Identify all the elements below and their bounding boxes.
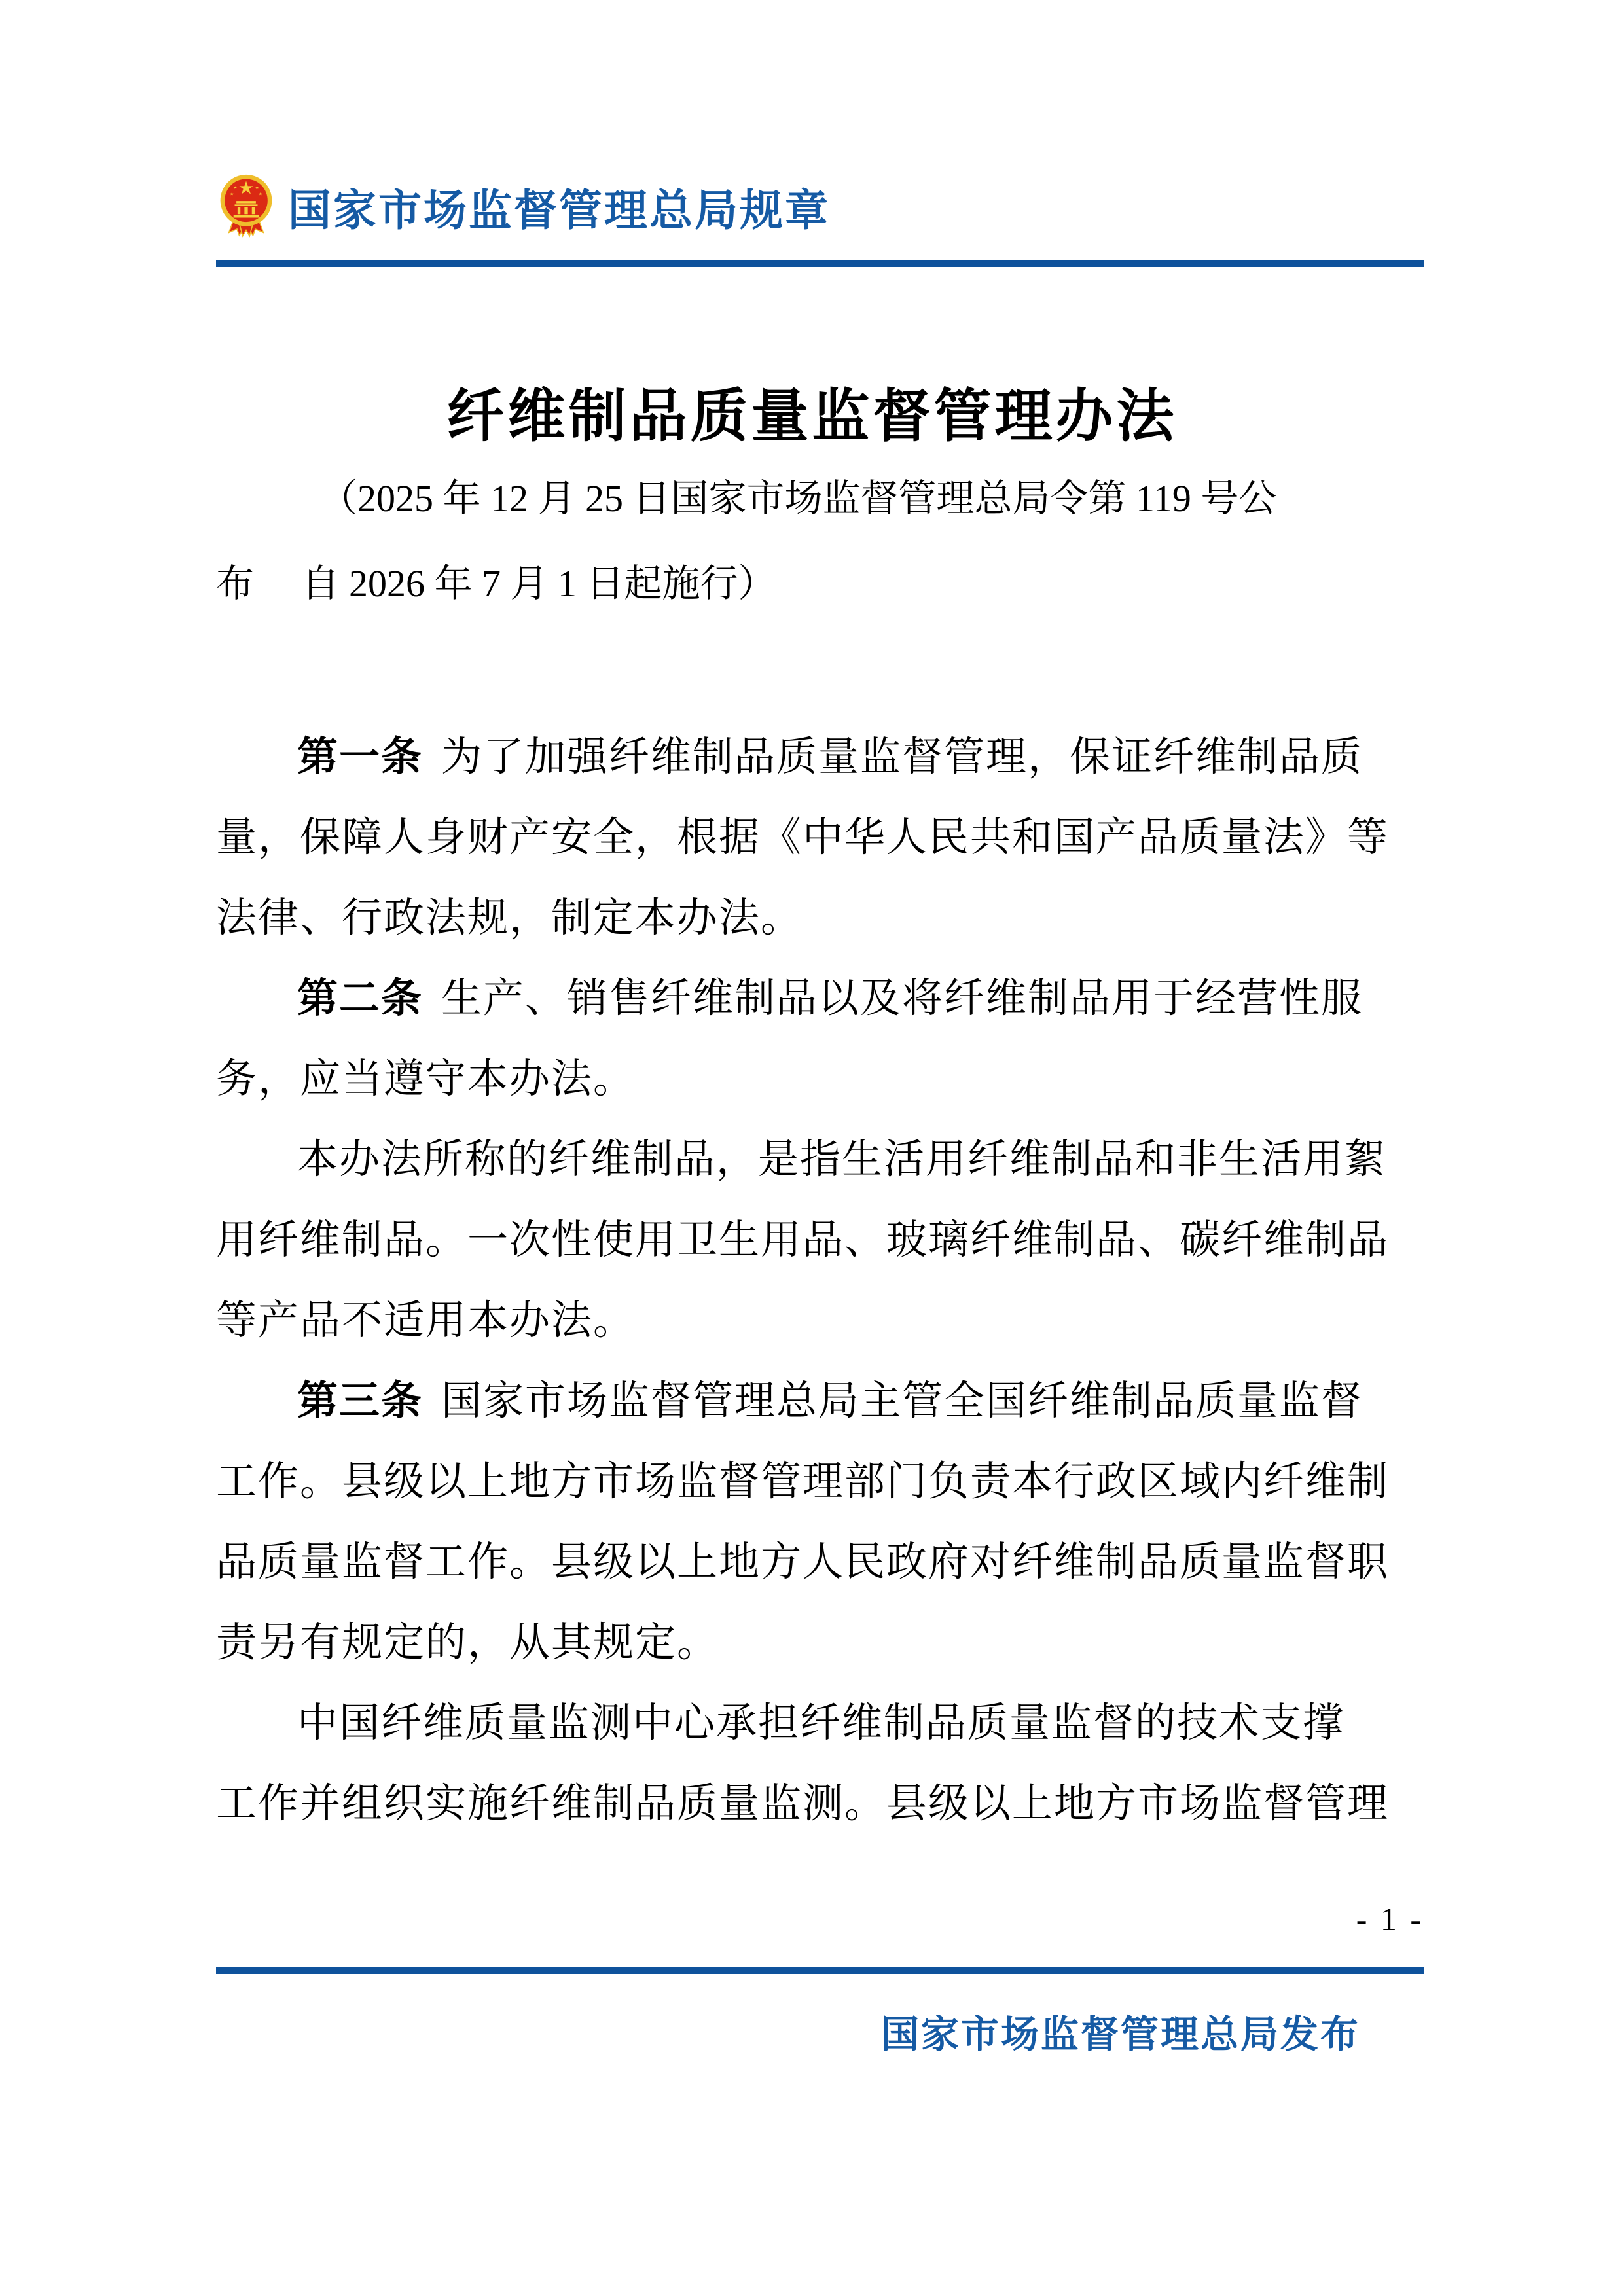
page-header: 国家市场监督管理总局规章 — [217, 174, 830, 238]
article-number: 第二条 — [297, 977, 423, 1021]
body-line-text: 工作并组织实施纤维制品质量监测。县级以上地方市场监督管理 — [216, 1782, 1389, 1826]
body-line: 第一条为了加强纤维制品质量监督管理，保证纤维制品质 — [216, 717, 1434, 798]
body-line: 中国纤维质量监测中心承担纤维制品质量监督的技术支撑 — [216, 1683, 1434, 1764]
body-line: 用纤维制品。一次性使用卫生用品、玻璃纤维制品、碳纤维制品 — [216, 1200, 1434, 1281]
document-page: 国家市场监督管理总局规章 纤维制品质量监督管理办法 （2025 年 12 月 2… — [0, 0, 1624, 2296]
body-line-text: 本办法所称的纤维制品，是指生活用纤维制品和非生活用絮 — [297, 1138, 1386, 1182]
body-line: 工作。县级以上地方市场监督管理部门负责本行政区域内纤维制 — [216, 1442, 1434, 1522]
body-line: 量，保障人身财产安全，根据《中华人民共和国产品质量法》等 — [216, 798, 1434, 878]
body-line: 第三条国家市场监督管理总局主管全国纤维制品质量监督 — [216, 1361, 1434, 1442]
body-line-text: 工作。县级以上地方市场监督管理部门负责本行政区域内纤维制 — [216, 1460, 1389, 1504]
body-line-text: 务，应当遵守本办法。 — [216, 1057, 635, 1102]
body-line-text: 量，保障人身财产安全，根据《中华人民共和国产品质量法》等 — [216, 816, 1389, 860]
promulgation-line: 布 自 2026 年 7 月 1 日起施行） — [216, 541, 1434, 626]
body-line-text: 生产、销售纤维制品以及将纤维制品用于经营性服 — [441, 977, 1363, 1021]
body-line-text: 用纤维制品。一次性使用卫生用品、玻璃纤维制品、碳纤维制品 — [216, 1218, 1389, 1263]
body-line-text: 中国纤维质量监测中心承担纤维制品质量监督的技术支撑 — [297, 1701, 1344, 1746]
publisher-label: 国家市场监督管理总局发布 — [216, 2003, 1360, 2058]
header-divider-rule — [216, 260, 1424, 267]
agency-title: 国家市场监督管理总局规章 — [288, 175, 830, 238]
body-line: 工作并组织实施纤维制品质量监测。县级以上地方市场监督管理 — [216, 1764, 1434, 1844]
body-line: 本办法所称的纤维制品，是指生活用纤维制品和非生活用絮 — [216, 1120, 1434, 1200]
promulgation-line: （2025 年 12 月 25 日国家市场监督管理总局令第 119 号公 — [216, 456, 1434, 541]
body-line-text: 法律、行政法规，制定本办法。 — [216, 896, 803, 941]
body-line: 第二条生产、销售纤维制品以及将纤维制品用于经营性服 — [216, 959, 1434, 1039]
body-line-text: 品质量监督工作。县级以上地方人民政府对纤维制品质量监督职 — [216, 1540, 1389, 1585]
article-number: 第三条 — [297, 1379, 423, 1424]
body-line-text: 为了加强纤维制品质量监督管理，保证纤维制品质 — [441, 735, 1363, 780]
page-number: - 1 - — [216, 1900, 1424, 1938]
body-line: 务，应当遵守本办法。 — [216, 1039, 1434, 1120]
body-line-text: 国家市场监督管理总局主管全国纤维制品质量监督 — [441, 1379, 1363, 1424]
body-line: 品质量监督工作。县级以上地方人民政府对纤维制品质量监督职 — [216, 1522, 1434, 1603]
body-line: 等产品不适用本办法。 — [216, 1281, 1434, 1361]
footer-divider-rule — [216, 1967, 1424, 1974]
document-body: 第一条为了加强纤维制品质量监督管理，保证纤维制品质量，保障人身财产安全，根据《中… — [216, 717, 1434, 1844]
body-line-text: 等产品不适用本办法。 — [216, 1299, 635, 1343]
document-title: 纤维制品质量监督管理办法 — [0, 370, 1624, 453]
promulgation-note: （2025 年 12 月 25 日国家市场监督管理总局令第 119 号公布 自 … — [216, 456, 1434, 626]
body-line: 法律、行政法规，制定本办法。 — [216, 878, 1434, 959]
body-line: 责另有规定的，从其规定。 — [216, 1603, 1434, 1683]
china-national-emblem-icon — [217, 174, 275, 238]
body-line-text: 责另有规定的，从其规定。 — [216, 1621, 719, 1665]
article-number: 第一条 — [297, 735, 423, 780]
